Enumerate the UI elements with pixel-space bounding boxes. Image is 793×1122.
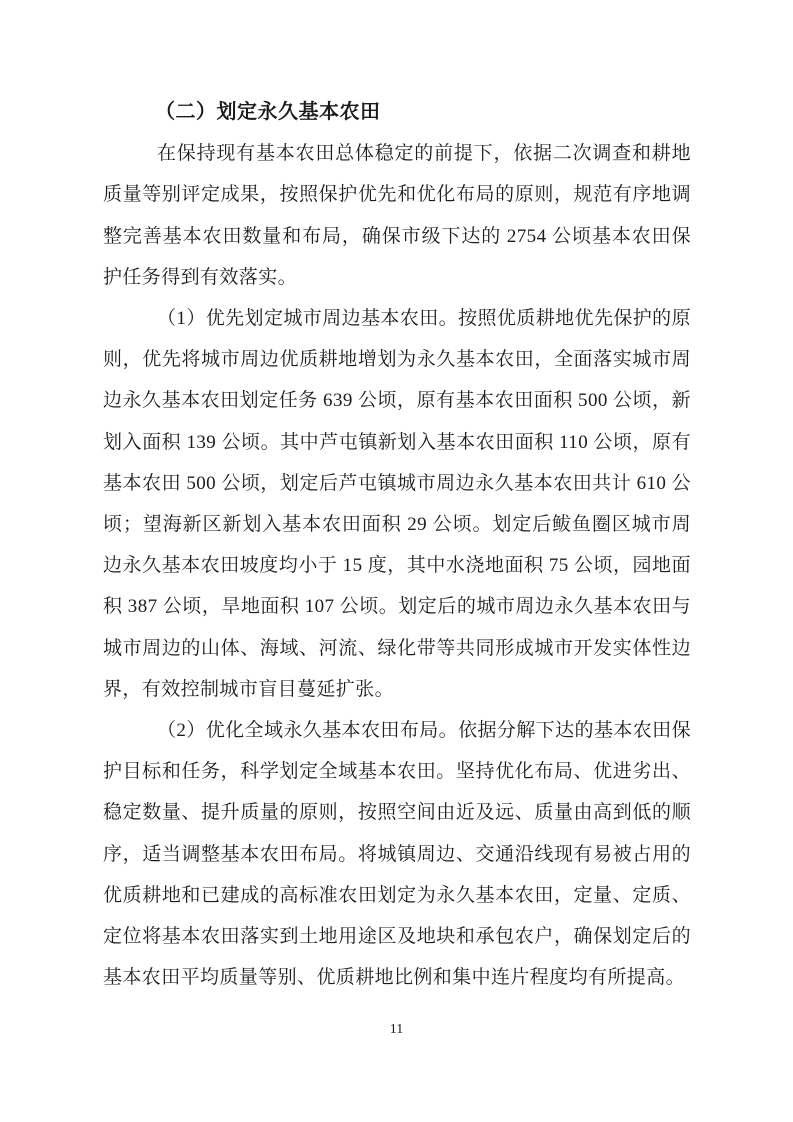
- page-number: 11: [0, 1022, 793, 1038]
- section-heading: （二）划定永久基本农田: [103, 92, 691, 133]
- paragraph-intro: 在保持现有基本农田总体稳定的前提下，依据二次调查和耕地质量等别评定成果，按照保护…: [103, 133, 691, 298]
- document-content: （二）划定永久基本农田 在保持现有基本农田总体稳定的前提下，依据二次调查和耕地质…: [103, 92, 691, 998]
- document-page: （二）划定永久基本农田 在保持现有基本农田总体稳定的前提下，依据二次调查和耕地质…: [0, 0, 793, 1122]
- paragraph-item-1: （1）优先划定城市周边基本农田。按照优质耕地优先保护的原则，优先将城市周边优质耕…: [103, 298, 691, 710]
- paragraph-item-2: （2）优化全域永久基本农田布局。依据分解下达的基本农田保护目标和任务，科学划定全…: [103, 710, 691, 998]
